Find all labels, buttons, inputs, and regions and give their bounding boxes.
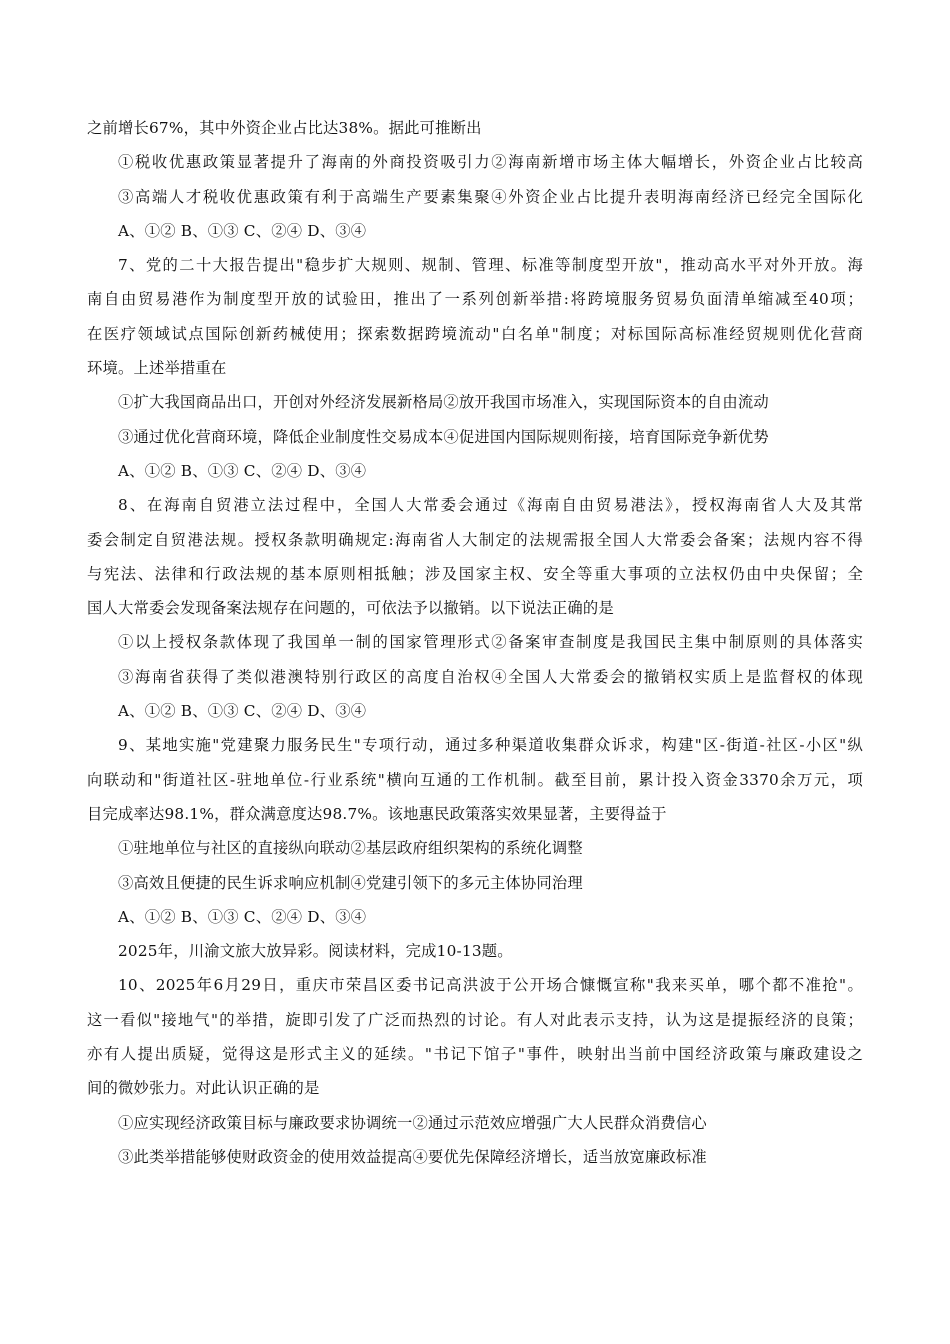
answer-choices: A、①② B、①③ C、②④ D、③④ — [87, 459, 863, 493]
text-line: 之前增长67%，其中外资企业占比达38%。据此可推断出 — [87, 116, 863, 150]
question-7-stem: 7、党的二十大报告提出"稳步扩大规则、规制、管理、标准等制度型开放"，推动高水平… — [87, 253, 863, 287]
text-line: 南自由贸易港作为制度型开放的试验田，推出了一系列创新举措:将跨境服务贸易负面清单… — [87, 287, 863, 321]
text-line: 间的微妙张力。对此认识正确的是 — [87, 1076, 863, 1110]
question-8-stem: 8、在海南自贸港立法过程中，全国人大常委会通过《海南自由贸易港法》，授权海南省人… — [87, 493, 863, 527]
text-line: 在医疗领域试点国际创新药械使用；探索数据跨境流动"白名单"制度；对标国际高标准经… — [87, 322, 863, 356]
option-line: ①应实现经济政策目标与廉政要求协调统一②通过示范效应增强广大人民群众消费信心 — [87, 1111, 863, 1145]
text-line: 目完成率达98.1%，群众满意度达98.7%。该地惠民政策落实效果显著，主要得益… — [87, 802, 863, 836]
question-9-stem: 9、某地实施"党建聚力服务民生"专项行动，通过多种渠道收集群众诉求，构建"区-街… — [87, 733, 863, 767]
document-page: 之前增长67%，其中外资企业占比达38%。据此可推断出 ①税收优惠政策显著提升了… — [87, 116, 863, 1179]
text-line: 这一看似"接地气"的举措，旋即引发了广泛而热烈的讨论。有人对此表示支持，认为这是… — [87, 1008, 863, 1042]
text-line: 委会制定自贸港法规。授权条款明确规定:海南省人大制定的法规需报全国人大常委会备案… — [87, 528, 863, 562]
section-intro: 2025年，川渝文旅大放异彩。阅读材料，完成10-13题。 — [87, 939, 863, 973]
text-line: 向联动和"街道社区-驻地单位-行业系统"横向互通的工作机制。截至目前，累计投入资… — [87, 768, 863, 802]
text-line: 国人大常委会发现备案法规存在问题的，可依法予以撤销。以下说法正确的是 — [87, 596, 863, 630]
text-line: 亦有人提出质疑，觉得这是形式主义的延续。"书记下馆子"事件，映射出当前中国经济政… — [87, 1042, 863, 1076]
text-line: 与宪法、法律和行政法规的基本原则相抵触；涉及国家主权、安全等重大事项的立法权仍由… — [87, 562, 863, 596]
option-line: ①扩大我国商品出口，开创对外经济发展新格局②放开我国市场准入，实现国际资本的自由… — [87, 390, 863, 424]
option-line: ①税收优惠政策显著提升了海南的外商投资吸引力②海南新增市场主体大幅增长，外资企业… — [87, 150, 863, 184]
option-line: ③高端人才税收优惠政策有利于高端生产要素集聚④外资企业占比提升表明海南经济已经完… — [87, 185, 863, 219]
answer-choices: A、①② B、①③ C、②④ D、③④ — [87, 699, 863, 733]
answer-choices: A、①② B、①③ C、②④ D、③④ — [87, 905, 863, 939]
question-10-stem: 10、2025年6月29日，重庆市荣昌区委书记高洪波于公开场合慷慨宣称"我来买单… — [87, 973, 863, 1007]
option-line: ③高效且便捷的民生诉求响应机制④党建引领下的多元主体协同治理 — [87, 871, 863, 905]
option-line: ③通过优化营商环境，降低企业制度性交易成本④促进国内国际规则衔接，培育国际竞争新… — [87, 425, 863, 459]
option-line: ③海南省获得了类似港澳特别行政区的高度自治权④全国人大常委会的撤销权实质上是监督… — [87, 665, 863, 699]
answer-choices: A、①② B、①③ C、②④ D、③④ — [87, 219, 863, 253]
option-line: ③此类举措能够使财政资金的使用效益提高④要优先保障经济增长，适当放宽廉政标准 — [87, 1145, 863, 1179]
text-line: 环境。上述举措重在 — [87, 356, 863, 390]
option-line: ①以上授权条款体现了我国单一制的国家管理形式②备案审查制度是我国民主集中制原则的… — [87, 630, 863, 664]
option-line: ①驻地单位与社区的直接纵向联动②基层政府组织架构的系统化调整 — [87, 836, 863, 870]
